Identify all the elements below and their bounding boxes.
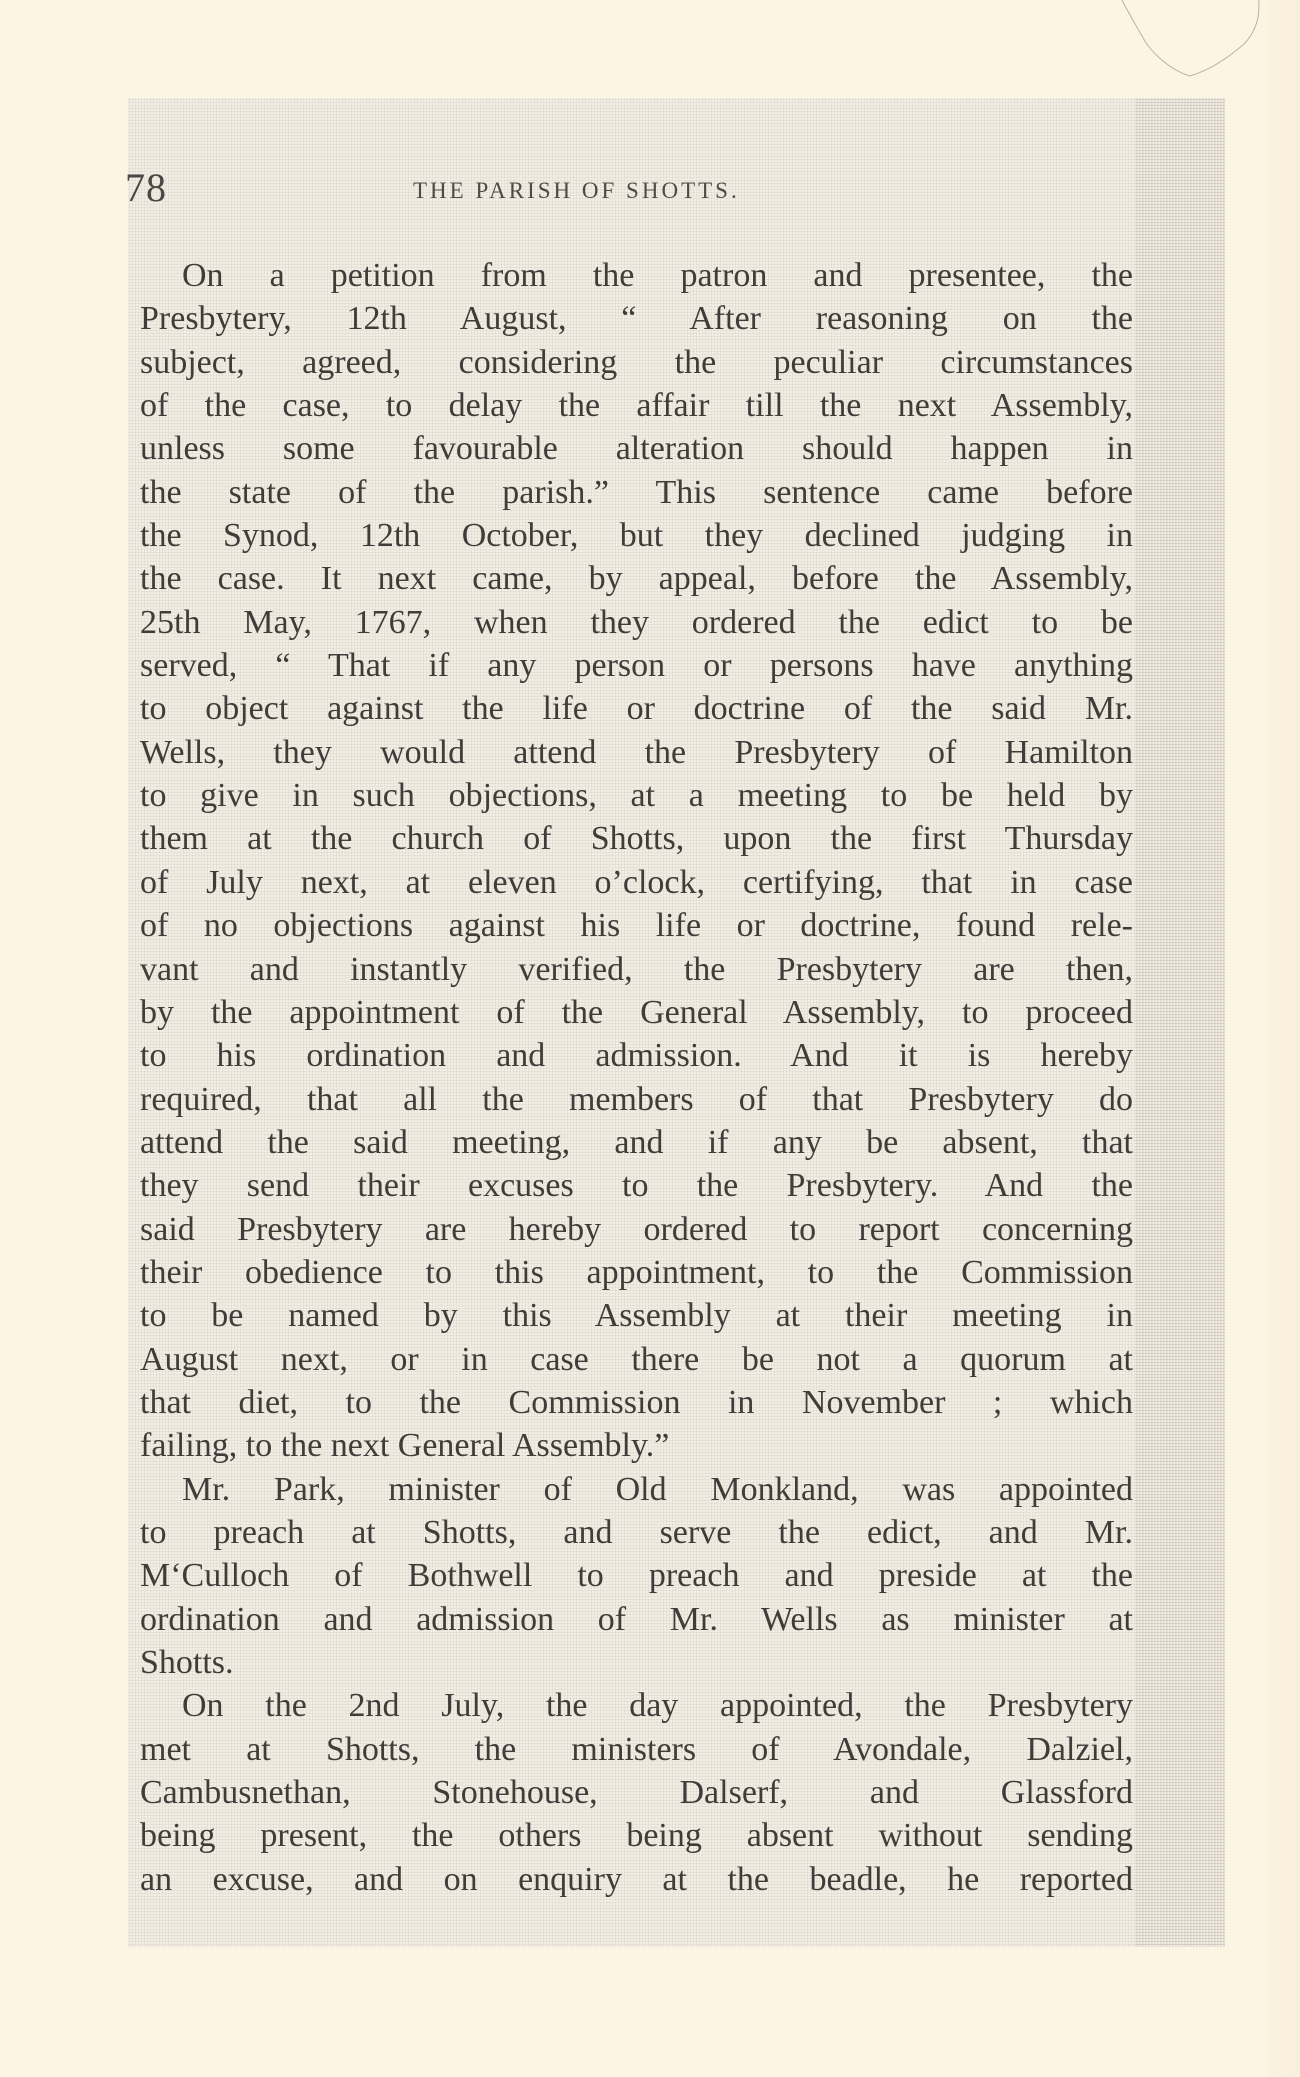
text-line: served, “ That if any person or persons …	[140, 644, 1133, 687]
text-line: failing, to the next General Assembly.”	[140, 1424, 1133, 1467]
text-line: Cambusnethan, Stonehouse, Dalserf, and G…	[140, 1771, 1133, 1814]
text-line: 25th May, 1767, when they ordered the ed…	[140, 601, 1133, 644]
text-line: unless some favourable alteration should…	[140, 427, 1133, 470]
book-page: 78 THE PARISH OF SHOTTS. On a petition f…	[0, 0, 1300, 2077]
text-line: M‘Culloch of Bothwell to preach and pres…	[140, 1554, 1133, 1597]
running-head: 78 THE PARISH OF SHOTTS.	[125, 168, 1135, 208]
text-line: being present, the others being absent w…	[140, 1814, 1133, 1857]
text-line: of no objections against his life or doc…	[140, 904, 1133, 947]
text-line: Wells, they would attend the Presbytery …	[140, 731, 1133, 774]
text-line: required, that all the members of that P…	[140, 1078, 1133, 1121]
paragraph-2: Mr. Park, minister of Old Monkland, was …	[140, 1468, 1133, 1685]
text-line: On the 2nd July, the day appointed, the …	[140, 1684, 1133, 1727]
text-line: Shotts.	[140, 1641, 1133, 1684]
text-line: of the case, to delay the affair till th…	[140, 384, 1133, 427]
text-line: said Presbytery are hereby ordered to re…	[140, 1208, 1133, 1251]
text-line: On a petition from the patron and presen…	[140, 254, 1133, 297]
text-line: to preach at Shotts, and serve the edict…	[140, 1511, 1133, 1554]
text-line: they send their excuses to the Presbyter…	[140, 1164, 1133, 1207]
text-line: to his ordination and admission. And it …	[140, 1034, 1133, 1077]
text-line: their obedience to this appointment, to …	[140, 1251, 1133, 1294]
text-line: Mr. Park, minister of Old Monkland, was …	[140, 1468, 1133, 1511]
text-line: that diet, to the Commission in November…	[140, 1381, 1133, 1424]
text-line: August next, or in case there be not a q…	[140, 1338, 1133, 1381]
text-line: Presbytery, 12th August, “ After reasoni…	[140, 297, 1133, 340]
text-line: to object against the life or doctrine o…	[140, 687, 1133, 730]
text-line: the Synod, 12th October, but they declin…	[140, 514, 1133, 557]
body-text: On a petition from the patron and presen…	[140, 254, 1133, 1901]
text-line: subject, agreed, considering the peculia…	[140, 341, 1133, 384]
paragraph-1: On a petition from the patron and presen…	[140, 254, 1133, 1468]
text-line: ordination and admission of Mr. Wells as…	[140, 1598, 1133, 1641]
paper-curl-line	[1110, 0, 1280, 80]
text-line: attend the said meeting, and if any be a…	[140, 1121, 1133, 1164]
text-line: to give in such objections, at a meeting…	[140, 774, 1133, 817]
text-line: met at Shotts, the ministers of Avondale…	[140, 1728, 1133, 1771]
page-number: 78	[125, 168, 167, 208]
text-line: of July next, at eleven o’clock, certify…	[140, 861, 1133, 904]
text-line: to be named by this Assembly at their me…	[140, 1294, 1133, 1337]
text-line: the case. It next came, by appeal, befor…	[140, 557, 1133, 600]
text-line: vant and instantly verified, the Presbyt…	[140, 948, 1133, 991]
paragraph-3: On the 2nd July, the day appointed, the …	[140, 1684, 1133, 1901]
running-title: THE PARISH OF SHOTTS.	[413, 176, 740, 206]
text-line: an excuse, and on enquiry at the beadle,…	[140, 1858, 1133, 1901]
text-line: them at the church of Shotts, upon the f…	[140, 817, 1133, 860]
scan-halftone-edge	[1135, 98, 1225, 1947]
page-edge-shadow	[1268, 0, 1300, 2077]
text-line: by the appointment of the General Assemb…	[140, 991, 1133, 1034]
text-line: the state of the parish.” This sentence …	[140, 471, 1133, 514]
